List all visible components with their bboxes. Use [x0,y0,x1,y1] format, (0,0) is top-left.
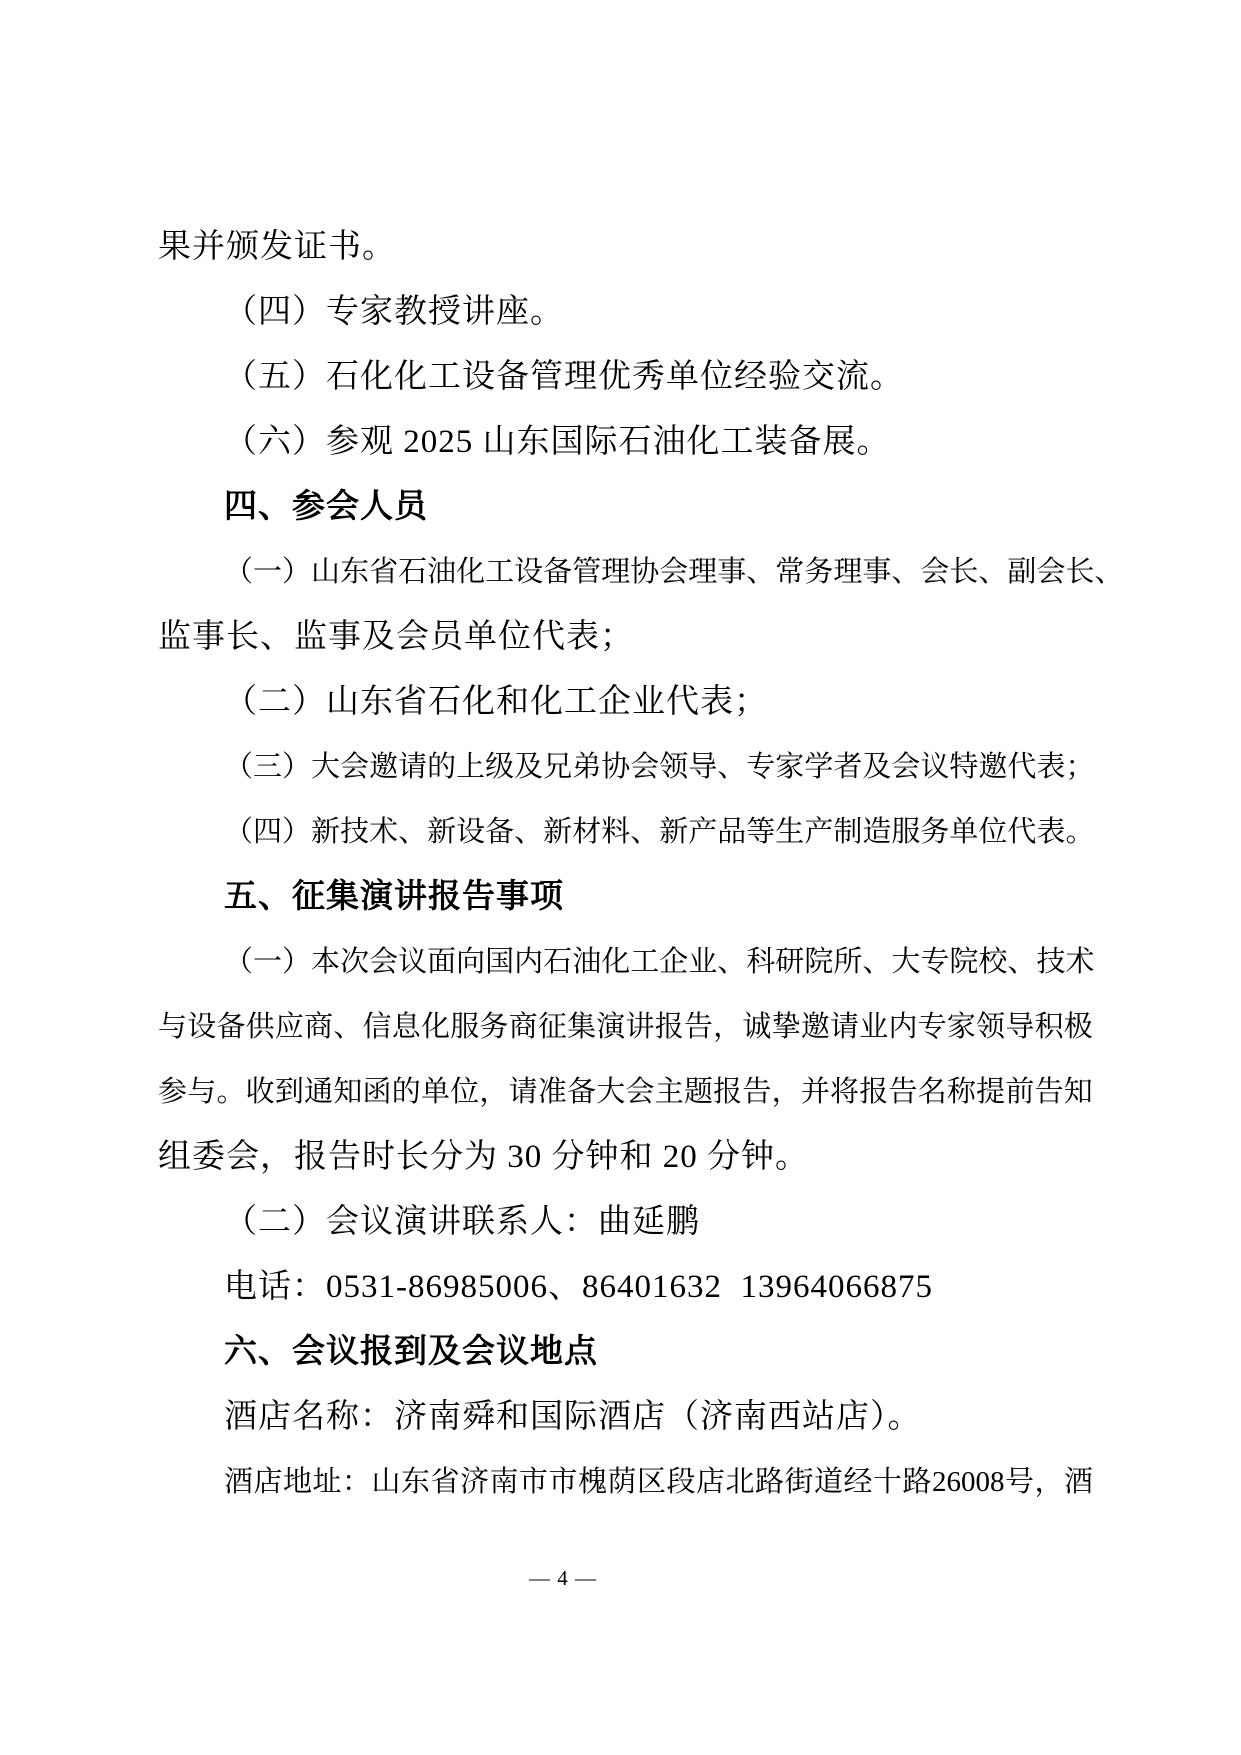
text-glyph: 请 [830,995,859,1060]
text-glyph: 位 [450,1060,479,1125]
text-glyph: 油 [427,540,456,605]
text-glyph: 技 [1036,930,1065,995]
text-glyph: 备 [543,540,572,605]
text-glyph: 十 [873,1450,902,1515]
text-glyph: 等 [746,800,775,865]
text-glyph: 段 [667,1450,696,1515]
text-glyph: 议 [920,735,949,800]
text-glyph: 专 [746,735,775,800]
text-glyph: 济 [460,1450,489,1515]
text-glyph: 信 [363,995,392,1060]
text-glyph: 到 [275,1060,304,1125]
text-glyph: 本 [311,930,340,995]
text-glyph: 材 [572,800,601,865]
text-glyph: 大 [311,735,340,800]
text-glyph: 、 [891,540,920,605]
text-glyph: 领 [976,995,1005,1060]
text-glyph: 会 [891,735,920,800]
text-glyph: ） [282,800,311,865]
text-glyph: 请 [398,735,427,800]
text-glyph: 长 [1065,540,1094,605]
text-glyph: 会 [630,735,659,800]
text-glyph: 术 [1065,930,1094,995]
text-line: 酒店地址：山东省济南市市槐荫区段店北路街道经十路26008号，酒 [158,1450,1093,1515]
text-glyph: 理 [833,540,862,605]
text-glyph: 并 [801,1060,830,1125]
text-glyph: 务 [479,995,508,1060]
text-glyph: 将 [830,1060,859,1125]
text-glyph: 务 [920,800,949,865]
text-glyph: 、 [717,930,746,995]
text-glyph: ， [1034,1450,1063,1515]
text-glyph: 单 [949,800,978,865]
text-glyph: 一 [253,930,282,995]
text-glyph: 商 [509,995,538,1060]
text-glyph: 报 [859,1060,888,1125]
text-glyph: 告 [742,1060,771,1125]
section-heading: 六、会议报到及会议地点 [158,1320,1093,1385]
text-glyph: 提 [976,1060,1005,1125]
text-glyph: 。 [1065,800,1094,865]
text-glyph: 事 [862,540,891,605]
text-glyph: 家 [775,735,804,800]
text-glyph: 务 [804,540,833,605]
text-glyph: 挚 [772,995,801,1060]
text-glyph: 的 [427,735,456,800]
text-glyph: 设 [514,540,543,605]
text-glyph: 名 [918,1060,947,1125]
text-glyph: 研 [775,930,804,995]
text-line: 与设备供应商、信息化服务商征集演讲报告，诚挚邀请业内专家领导积极 [158,995,1093,1060]
text-glyph: 征 [538,995,567,1060]
text-glyph: 石 [543,930,572,995]
text-glyph: 油 [572,930,601,995]
text-glyph: 一 [253,540,282,605]
text-line: 参与。收到通知函的单位，请准备大会主题报告，并将报告名称提前告知 [158,1060,1093,1125]
text-line: （二）山东省石化和化工企业代表； [158,670,1093,735]
text-glyph: 工 [485,540,514,605]
text-glyph: 备 [216,995,245,1060]
text-glyph: 常 [775,540,804,605]
text-glyph: ， [713,995,742,1060]
text-glyph: 大 [891,930,920,995]
text-glyph: （ [224,800,253,865]
text-glyph: 积 [1035,995,1064,1060]
text-glyph: 经 [844,1450,873,1515]
text-glyph: ： [342,1450,371,1515]
text-glyph: 与 [158,995,187,1060]
text-glyph: 26008 [932,1450,1005,1515]
text-glyph: 邀 [978,735,1007,800]
text-glyph: 兄 [543,735,572,800]
text-glyph: 知 [333,1060,362,1125]
text-glyph: 省 [369,540,398,605]
text-glyph: 产 [804,800,833,865]
text-glyph: 北 [726,1450,755,1515]
text-glyph: 店 [696,1450,725,1515]
text-glyph: 化 [421,995,450,1060]
text-glyph: 理 [601,540,630,605]
text-glyph: 酒 [224,1450,253,1515]
text-line: （六）参观 2025 山东国际石油化工装备展。 [158,410,1093,475]
text-glyph: 供 [246,995,275,1060]
text-glyph: 东 [401,1450,430,1515]
text-glyph: 位 [978,800,1007,865]
text-glyph: 东 [340,540,369,605]
text-glyph: 前 [1005,1060,1034,1125]
text-glyph: 家 [947,995,976,1060]
text-glyph: 号 [1005,1450,1034,1515]
text-glyph: 料 [601,800,630,865]
text-glyph: 弟 [572,735,601,800]
text-glyph: 内 [514,930,543,995]
text-line: 果并颁发证书。 [158,215,1093,280]
text-glyph: 管 [572,540,601,605]
text-glyph: ， [772,1060,801,1125]
text-glyph: 山 [311,540,340,605]
text-glyph: 、 [1094,540,1123,605]
text-glyph: 会 [340,735,369,800]
text-line: 酒店名称：济南舜和国际酒店（济南西站店）。 [158,1385,1093,1450]
text-glyph: 新 [543,800,572,865]
text-glyph: ） [282,540,311,605]
text-glyph: 南 [490,1450,519,1515]
text-glyph: 、 [746,540,775,605]
text-glyph: 业 [859,995,888,1060]
text-glyph: 讲 [626,995,655,1060]
text-glyph: 会 [920,540,949,605]
text-glyph: 向 [456,930,485,995]
text-glyph: 报 [655,995,684,1060]
text-glyph: 工 [630,930,659,995]
text-glyph: 单 [421,1060,450,1125]
text-glyph: 、 [978,540,1007,605]
text-line: 电话：0531-86985006、86401632 13964066875 [158,1255,1093,1320]
text-glyph: 新 [427,800,456,865]
text-glyph: 大 [596,1060,625,1125]
text-glyph: 告 [684,995,713,1060]
document-page: { "document": { "lines": [ { "text": "果并… [0,0,1241,1755]
text-glyph: 所 [833,930,862,995]
text-glyph: 者 [833,735,862,800]
text-glyph: 生 [775,800,804,865]
text-glyph: 领 [659,735,688,800]
text-glyph: 导 [688,735,717,800]
text-glyph: 集 [567,995,596,1060]
text-glyph: 请 [509,1060,538,1125]
text-line: （四）专家教授讲座。 [158,280,1093,345]
page-number: — 4 — [463,1561,663,1595]
text-glyph: 协 [601,735,630,800]
text-glyph: 酒 [1064,1450,1093,1515]
text-glyph: 长 [949,540,978,605]
text-glyph: （ [224,735,253,800]
text-glyph: 、 [333,995,362,1060]
text-glyph: 学 [804,735,833,800]
text-glyph: 校 [978,930,1007,995]
text-glyph: 级 [485,735,514,800]
text-glyph: （ [224,540,253,605]
text-glyph: 代 [1007,735,1036,800]
text-glyph: 、 [1007,930,1036,995]
text-glyph: 参 [158,1060,187,1125]
text-glyph: 会 [369,930,398,995]
text-glyph: ， [479,1060,508,1125]
text-glyph: 邀 [801,995,830,1060]
text-glyph: 企 [659,930,688,995]
text-line: 监事长、监事及会员单位代表； [158,605,1093,670]
text-glyph: 函 [363,1060,392,1125]
text-glyph: 品 [717,800,746,865]
text-glyph: 。 [216,1060,245,1125]
text-glyph: 服 [450,995,479,1060]
text-glyph: 店 [254,1450,283,1515]
text-glyph: 演 [596,995,625,1060]
text-glyph: 化 [601,930,630,995]
text-glyph: 槐 [578,1450,607,1515]
section-heading: 五、征集演讲报告事项 [158,865,1093,930]
text-line: （五）石化化工设备管理优秀单位经验交流。 [158,345,1093,410]
text-glyph: 及 [862,735,891,800]
text-line: 组委会，报告时长分为 30 分钟和 20 分钟。 [158,1125,1093,1190]
text-glyph: 会 [1036,540,1065,605]
text-glyph: 省 [431,1450,460,1515]
text-glyph: 与 [187,1060,216,1125]
text-glyph: 主 [655,1060,684,1125]
text-glyph: 专 [920,930,949,995]
text-glyph: 的 [392,1060,421,1125]
text-glyph: 内 [888,995,917,1060]
text-glyph: 设 [187,995,216,1060]
text-glyph: 址 [313,1450,342,1515]
text-glyph: 市 [549,1450,578,1515]
text-glyph: 院 [804,930,833,995]
text-glyph: 科 [746,930,775,995]
text-glyph: 息 [392,995,421,1060]
text-glyph: 导 [1005,995,1034,1060]
text-glyph: 称 [947,1060,976,1125]
text-glyph: 区 [637,1450,666,1515]
text-glyph: 三 [253,735,282,800]
text-glyph: ） [282,930,311,995]
text-glyph: 邀 [369,735,398,800]
text-glyph: 会 [659,540,688,605]
text-glyph: 市 [519,1450,548,1515]
text-glyph: 副 [1007,540,1036,605]
text-glyph: 理 [688,540,717,605]
text-glyph: 题 [684,1060,713,1125]
text-glyph: 事 [717,540,746,605]
text-glyph: （ [224,930,253,995]
text-glyph: 特 [949,735,978,800]
text-glyph: 服 [891,800,920,865]
text-glyph: 制 [833,800,862,865]
text-glyph: 街 [785,1450,814,1515]
text-glyph: 告 [1035,1060,1064,1125]
text-glyph: 告 [888,1060,917,1125]
text-glyph: 议 [398,930,427,995]
text-glyph: 专 [918,995,947,1060]
section-heading: 四、参会人员 [158,475,1093,540]
text-glyph: 设 [456,800,485,865]
text-glyph: 术 [369,800,398,865]
text-glyph: 应 [275,995,304,1060]
text-glyph: 协 [630,540,659,605]
text-glyph: 、 [630,800,659,865]
text-glyph: 、 [717,735,746,800]
text-glyph: 道 [814,1450,843,1515]
text-line: （二）会议演讲联系人：曲延鹏 [158,1190,1093,1255]
text-line: （一）本次会议面向国内石油化工企业、科研院所、大专院校、技术 [158,930,1093,995]
text-glyph: 国 [485,930,514,995]
text-glyph: 面 [427,930,456,995]
text-glyph: 备 [567,1060,596,1125]
text-glyph: 四 [253,800,282,865]
text-glyph: 荫 [608,1450,637,1515]
text-glyph: 诚 [742,995,771,1060]
text-glyph: 次 [340,930,369,995]
text-glyph: 极 [1064,995,1093,1060]
text-glyph: 院 [949,930,978,995]
text-glyph: 新 [659,800,688,865]
text-glyph: 业 [688,930,717,995]
text-glyph: 石 [398,540,427,605]
text-glyph: ； [1065,735,1094,800]
text-glyph: 造 [862,800,891,865]
text-glyph: 、 [514,800,543,865]
text-glyph: 及 [514,735,543,800]
text-glyph: 表 [1036,800,1065,865]
text-glyph: 知 [1064,1060,1093,1125]
text-line: （一）山东省石油化工设备管理协会理事、常务理事、会长、副会长、 [158,540,1093,605]
text-glyph: 技 [340,800,369,865]
text-glyph: 上 [456,735,485,800]
text-glyph: 新 [311,800,340,865]
page-body: 果并颁发证书。（四）专家教授讲座。（五）石化化工设备管理优秀单位经验交流。（六）… [158,215,1093,1515]
text-glyph: 、 [398,800,427,865]
text-line: （三）大会邀请的上级及兄弟协会领导、专家学者及会议特邀代表； [158,735,1093,800]
text-glyph: 备 [485,800,514,865]
text-glyph: 地 [283,1450,312,1515]
text-glyph: 通 [304,1060,333,1125]
text-glyph: 产 [688,800,717,865]
text-glyph: 、 [862,930,891,995]
text-glyph: 山 [372,1450,401,1515]
text-glyph: 代 [1007,800,1036,865]
text-glyph: 路 [903,1450,932,1515]
text-glyph: 会 [626,1060,655,1125]
text-glyph: 商 [304,995,333,1060]
text-glyph: 表 [1036,735,1065,800]
text-glyph: ） [282,735,311,800]
text-glyph: 报 [713,1060,742,1125]
text-glyph: 化 [456,540,485,605]
text-glyph: 收 [246,1060,275,1125]
text-glyph: 路 [755,1450,784,1515]
text-line: （四）新技术、新设备、新材料、新产品等生产制造服务单位代表。 [158,800,1093,865]
text-glyph: 准 [538,1060,567,1125]
